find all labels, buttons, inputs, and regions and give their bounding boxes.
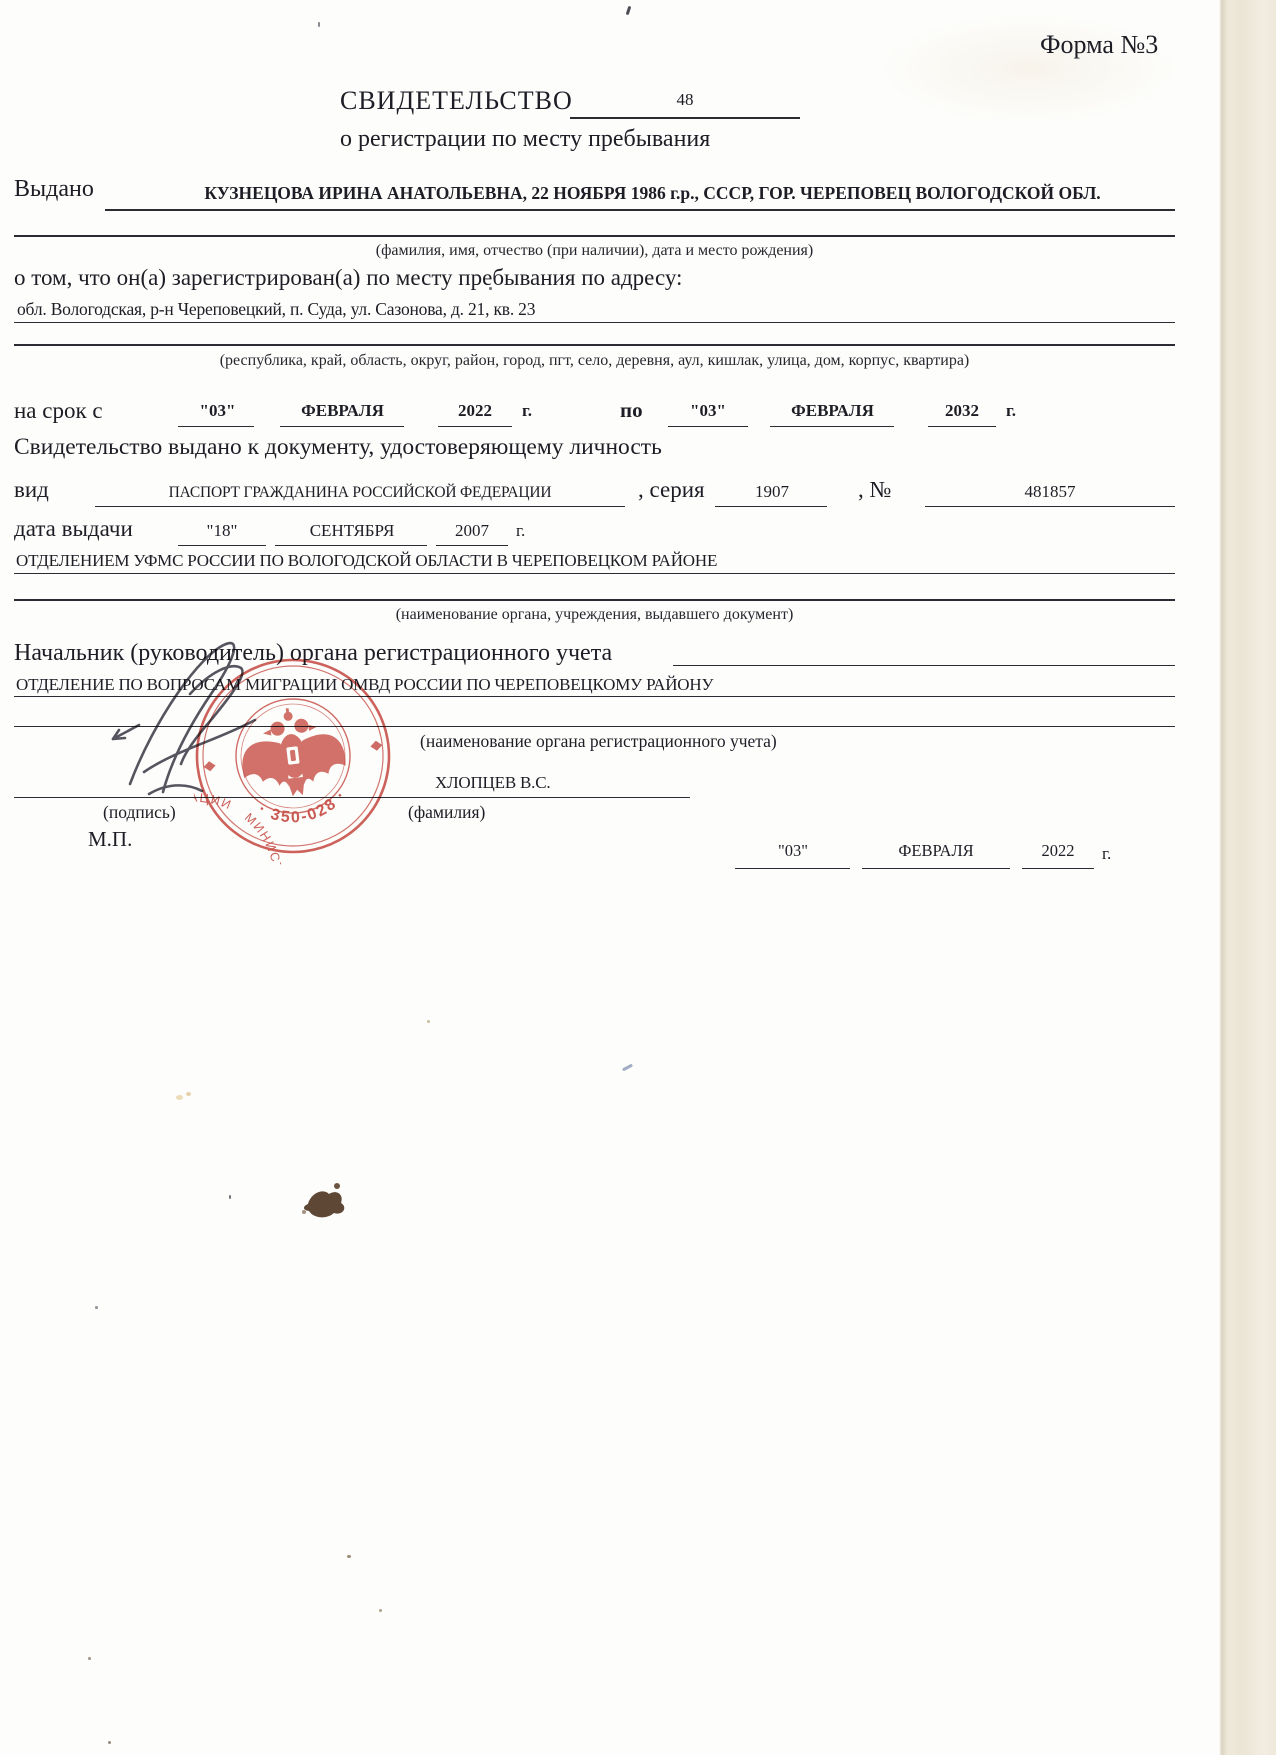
scan-speck xyxy=(347,1555,351,1558)
doc-number-value: 481857 xyxy=(925,482,1175,502)
authority-caption: (наименование органа регистрационного уч… xyxy=(420,731,777,751)
issue-month: СЕНТЯБРЯ xyxy=(278,521,426,541)
address-value: обл. Вологодская, р-н Череповецкий, п. С… xyxy=(17,299,535,319)
scan-speck xyxy=(626,6,632,15)
address-caption: (республика, край, область, округ, район… xyxy=(14,352,1175,370)
scan-speck xyxy=(427,1020,430,1023)
issued-to-label: Выдано xyxy=(14,176,94,204)
doc-title: СВИДЕТЕЛЬСТВО xyxy=(340,86,573,116)
doc-number: 48 xyxy=(570,90,800,110)
doc-number-label: , № xyxy=(858,477,891,503)
bottom-date-suffix: г. xyxy=(1102,844,1111,864)
ink-stain xyxy=(296,1178,352,1222)
official-name: ХЛОПЦЕВ В.С. xyxy=(435,773,550,793)
period-to-day: "03" xyxy=(675,401,741,421)
doc-series-value: 1907 xyxy=(718,482,826,502)
scan-speck xyxy=(186,1092,191,1096)
period-to-year: 2032 xyxy=(932,401,992,421)
form-number-label: Форма №3 xyxy=(1040,30,1158,60)
scan-speck xyxy=(622,1064,633,1072)
scan-speck xyxy=(88,1657,91,1660)
scan-speck xyxy=(318,22,320,27)
period-from-month: ФЕВРАЛЯ xyxy=(285,401,400,421)
scan-speck xyxy=(379,1609,382,1612)
bottom-date-month: ФЕВРАЛЯ xyxy=(864,842,1008,861)
issued-to-value: КУЗНЕЦОВА ИРИНА АНАТОЛЬЕВНА, 22 НОЯБРЯ 1… xyxy=(130,183,1175,203)
period-from-year: 2022 xyxy=(442,401,508,421)
scan-speck xyxy=(108,1741,111,1744)
scan-fold-band xyxy=(1222,0,1276,1755)
doc-series-label: , серия xyxy=(638,477,705,503)
issued-to-caption: (фамилия, имя, отчество (при наличии), д… xyxy=(14,242,1175,260)
scan-speck xyxy=(229,1195,231,1199)
period-to-label: по xyxy=(620,398,643,422)
scan-speck xyxy=(176,1095,183,1100)
bottom-date-day: "03" xyxy=(738,842,848,861)
period-to-month: ФЕВРАЛЯ xyxy=(775,401,890,421)
identity-doc-intro: Свидетельство выдано к документу, удосто… xyxy=(14,434,662,461)
issue-year-suffix: г. xyxy=(516,521,525,541)
period-to-year-suffix: г. xyxy=(1006,401,1016,421)
seal-place-label: М.П. xyxy=(88,827,132,851)
document-page: Форма №3 СВИДЕТЕЛЬСТВО 48 о регистрации … xyxy=(0,0,1276,1755)
issue-year: 2007 xyxy=(438,521,506,541)
scan-speck xyxy=(489,287,492,290)
period-from-day: "03" xyxy=(185,401,250,421)
signature-scribble xyxy=(92,622,327,817)
issue-day: "18" xyxy=(182,521,262,541)
issue-date-label: дата выдачи xyxy=(14,516,133,542)
doc-subtitle: о регистрации по месту пребывания xyxy=(340,126,710,154)
bottom-date-year: 2022 xyxy=(1024,842,1092,861)
doc-issuer-value: ОТДЕЛЕНИЕМ УФМС РОССИИ ПО ВОЛОГОДСКОЙ ОБ… xyxy=(16,551,717,571)
registration-intro: о том, что он(а) зарегистрирован(а) по м… xyxy=(14,265,682,291)
period-label: на срок с xyxy=(14,398,103,424)
period-from-year-suffix: г. xyxy=(522,401,532,421)
scan-speck xyxy=(95,1306,98,1309)
doc-type-label: вид xyxy=(14,477,49,503)
surname-caption: (фамилия) xyxy=(408,802,485,822)
doc-type-value: ПАСПОРТ ГРАЖДАНИНА РОССИЙСКОЙ ФЕДЕРАЦИИ xyxy=(95,484,625,502)
